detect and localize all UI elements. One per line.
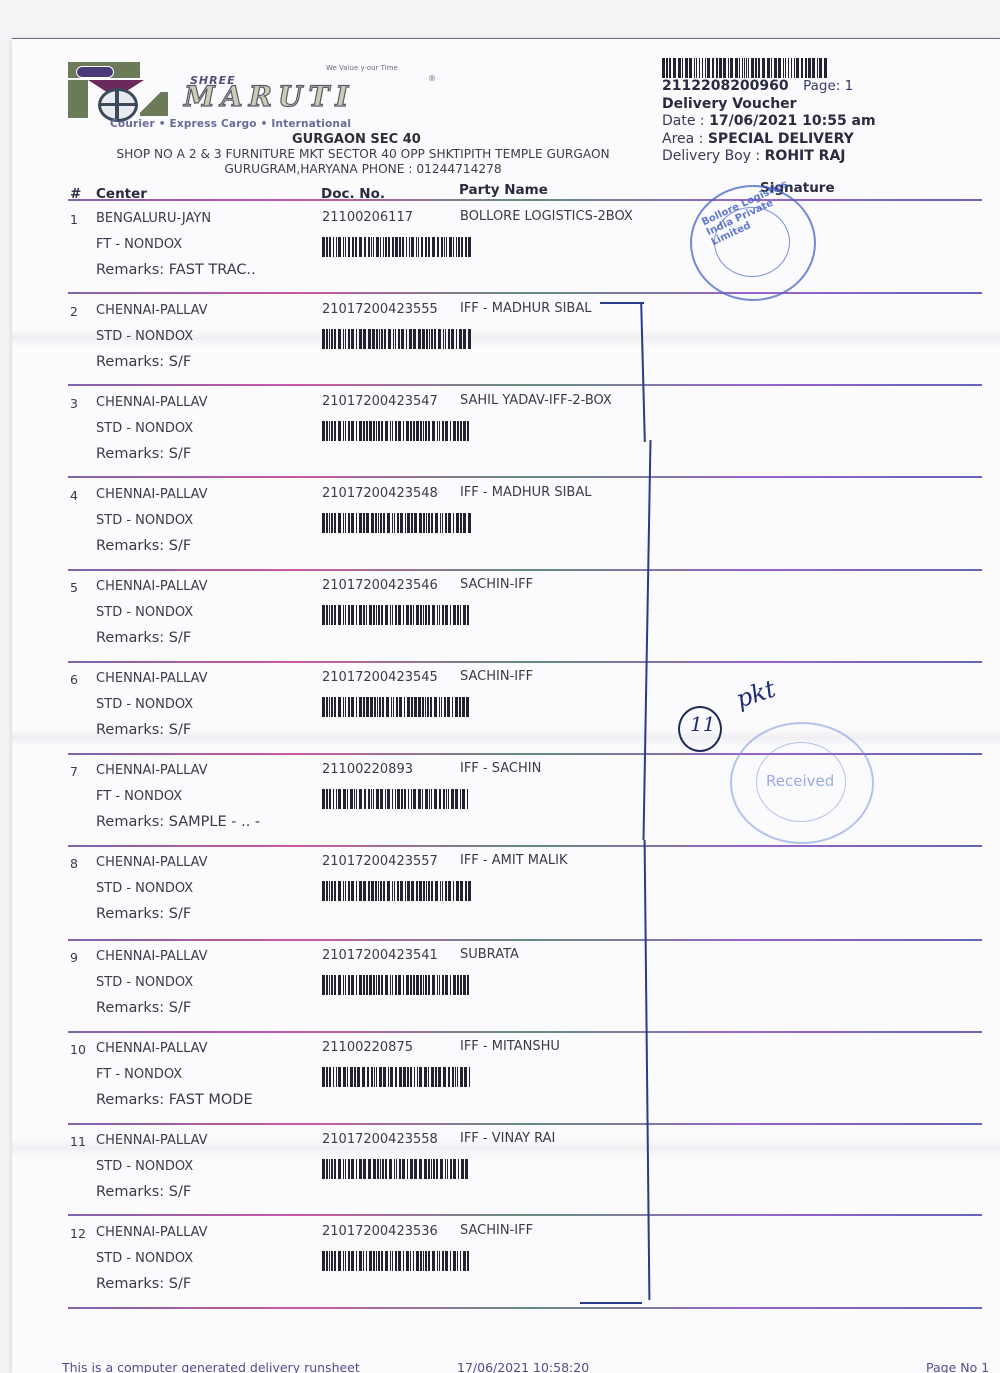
remarks: Remarks: S/F [96,722,191,738]
footer-timestamp: 17/06/2021 10:58:20 [457,1360,589,1373]
row-number: 9 [70,950,78,965]
row-number: 11 [70,1134,86,1149]
area-label: Area : [662,131,708,147]
doc-number: 21100220893 [322,762,413,777]
doc-number: 21017200423548 [322,486,438,501]
party-name: SACHIN-IFF [460,669,533,684]
voucher-number: 2112208200960 [662,78,789,94]
table-row: 8CHENNAI-PALLAVSTD - NONDOXRemarks: S/F2… [68,848,648,940]
center-name: CHENNAI-PALLAV [96,671,208,686]
remarks: Remarks: S/F [96,446,191,462]
voucher-title: Delivery Voucher [662,96,797,112]
received-text: Received [766,772,834,790]
table-row: 7CHENNAI-PALLAVFT - NONDOXRemarks: SAMPL… [68,756,648,848]
table-row: 2CHENNAI-PALLAVSTD - NONDOXRemarks: S/F2… [68,296,648,388]
footer-page-number: Page No 1 [926,1360,989,1373]
doc-number: 21017200423546 [322,578,438,593]
company-name: MARUTI [184,80,354,113]
service-type: FT - NONDOX [96,237,182,252]
doc-number: 21100206117 [322,210,413,225]
address-line-1: SHOP NO A 2 & 3 FURNITURE MKT SECTOR 40 … [82,147,644,162]
registered-mark: ® [428,74,436,83]
center-name: CHENNAI-PALLAV [96,1225,208,1240]
row-number: 12 [70,1226,86,1241]
area-value: SPECIAL DELIVERY [708,131,854,147]
date-value: 17/06/2021 10:55 am [709,113,876,129]
doc-barcode [322,237,472,257]
center-name: CHENNAI-PALLAV [96,579,208,594]
table-row: 4CHENNAI-PALLAVSTD - NONDOXRemarks: S/F2… [68,480,648,572]
center-name: CHENNAI-PALLAV [96,763,208,778]
remarks: Remarks: S/F [96,906,191,922]
doc-number: 21017200423558 [322,1132,438,1147]
doc-barcode [322,513,472,533]
service-type: STD - NONDOX [96,605,193,620]
globe-icon [98,88,138,122]
remarks: Remarks: S/F [96,1276,191,1292]
doc-barcode [322,1067,472,1087]
party-name: IFF - AMIT MALIK [460,853,567,868]
party-name: IFF - MADHUR SIBAL [460,485,591,500]
company-tagline: We Value y·our Time [326,64,398,72]
table-row: 12CHENNAI-PALLAVSTD - NONDOXRemarks: S/F… [68,1218,648,1310]
party-name: SACHIN-IFF [460,577,533,592]
row-number: 1 [70,212,78,227]
party-name: IFF - MITANSHU [460,1039,560,1054]
doc-barcode [322,1159,472,1179]
remarks: Remarks: FAST MODE [96,1092,253,1108]
table-row: 11CHENNAI-PALLAVSTD - NONDOXRemarks: S/F… [68,1126,648,1218]
service-type: STD - NONDOX [96,697,193,712]
row-number: 5 [70,580,78,595]
doc-barcode [322,697,472,717]
doc-barcode [322,329,472,349]
remarks: Remarks: S/F [96,354,191,370]
doc-number: 21100220875 [322,1040,413,1055]
company-services: Courier • Express Cargo • International [110,118,351,130]
center-name: CHENNAI-PALLAV [96,303,208,318]
remarks: Remarks: S/F [96,630,191,646]
pen-bracket-top [600,302,644,304]
doc-barcode [322,789,472,809]
center-name: CHENNAI-PALLAV [96,855,208,870]
doc-number: 21017200423536 [322,1224,438,1239]
doc-number: 21017200423541 [322,948,438,963]
center-name: CHENNAI-PALLAV [96,1133,208,1148]
service-type: STD - NONDOX [96,1251,193,1266]
row-number: 7 [70,764,78,779]
party-name: IFF - VINAY RAI [460,1131,555,1146]
row-number: 3 [70,396,78,411]
remarks: Remarks: S/F [96,538,191,554]
row-divider [68,199,982,201]
party-name: SUBRATA [460,947,519,962]
voucher-info: 2112208200960 Page: 1 Delivery Voucher D… [662,58,982,166]
center-name: CHENNAI-PALLAV [96,395,208,410]
remarks: Remarks: FAST TRAC.. [96,262,256,278]
row-number: 8 [70,856,78,871]
pen-bracket-bottom [580,1302,642,1304]
center-name: CHENNAI-PALLAV [96,1041,208,1056]
branch-name: GURGAON SEC 40 [292,132,421,147]
doc-number: 21017200423545 [322,670,438,685]
doc-number: 21017200423547 [322,394,438,409]
voucher-barcode [662,58,828,78]
doc-barcode [322,1251,472,1271]
footer-note: This is a computer generated delivery ru… [62,1360,360,1373]
service-type: STD - NONDOX [96,513,193,528]
remarks: Remarks: S/F [96,1000,191,1016]
center-name: CHENNAI-PALLAV [96,949,208,964]
delivery-boy-value: ROHIT RAJ [765,148,846,164]
service-type: STD - NONDOX [96,421,193,436]
table-row: 1BENGALURU-JAYNFT - NONDOXRemarks: FAST … [68,204,648,296]
service-type: STD - NONDOX [96,975,193,990]
branch-address: SHOP NO A 2 & 3 FURNITURE MKT SECTOR 40 … [82,147,644,177]
table-row: 10CHENNAI-PALLAVFT - NONDOXRemarks: FAST… [68,1034,648,1126]
doc-barcode [322,605,472,625]
bollore-company-stamp: Bollore Logistics India Private Limited [690,185,816,301]
table-row: 9CHENNAI-PALLAVSTD - NONDOXRemarks: S/F2… [68,942,648,1034]
remarks: Remarks: S/F [96,1184,191,1200]
service-type: STD - NONDOX [96,1159,193,1174]
center-name: CHENNAI-PALLAV [96,487,208,502]
party-name: BOLLORE LOGISTICS-2BOX [460,209,633,224]
service-type: FT - NONDOX [96,789,182,804]
date-label: Date : [662,113,709,129]
doc-barcode [322,975,472,995]
party-name: IFF - SACHIN [460,761,541,776]
service-type: FT - NONDOX [96,1067,182,1082]
row-number: 6 [70,672,78,687]
table-row: 6CHENNAI-PALLAVSTD - NONDOXRemarks: S/F2… [68,664,648,756]
service-type: STD - NONDOX [96,881,193,896]
doc-barcode [322,421,472,441]
row-number: 2 [70,304,78,319]
iff-received-stamp: Received [730,722,874,844]
doc-barcode [322,881,472,901]
table-row: 3CHENNAI-PALLAVSTD - NONDOXRemarks: S/F2… [68,388,648,480]
handwritten-count: 11 [690,712,715,736]
table-row: 5CHENNAI-PALLAVSTD - NONDOXRemarks: S/F2… [68,572,648,664]
doc-number: 21017200423557 [322,854,438,869]
party-name: SACHIN-IFF [460,1223,533,1238]
doc-number: 21017200423555 [322,302,438,317]
page-indicator: Page: 1 [803,78,853,94]
address-line-2: GURUGRAM,HARYANA PHONE : 01244714278 [82,162,644,177]
service-type: STD - NONDOX [96,329,193,344]
party-name: IFF - MADHUR SIBAL [460,301,591,316]
column-header-party-name: Party Name [459,182,548,198]
company-logo-icon [68,62,168,118]
center-name: BENGALURU-JAYN [96,211,211,226]
row-number: 10 [70,1042,86,1057]
party-name: SAHIL YADAV-IFF-2-BOX [460,393,612,408]
delivery-boy-label: Delivery Boy : [662,148,765,164]
remarks: Remarks: SAMPLE - .. - [96,814,260,830]
row-number: 4 [70,488,78,503]
